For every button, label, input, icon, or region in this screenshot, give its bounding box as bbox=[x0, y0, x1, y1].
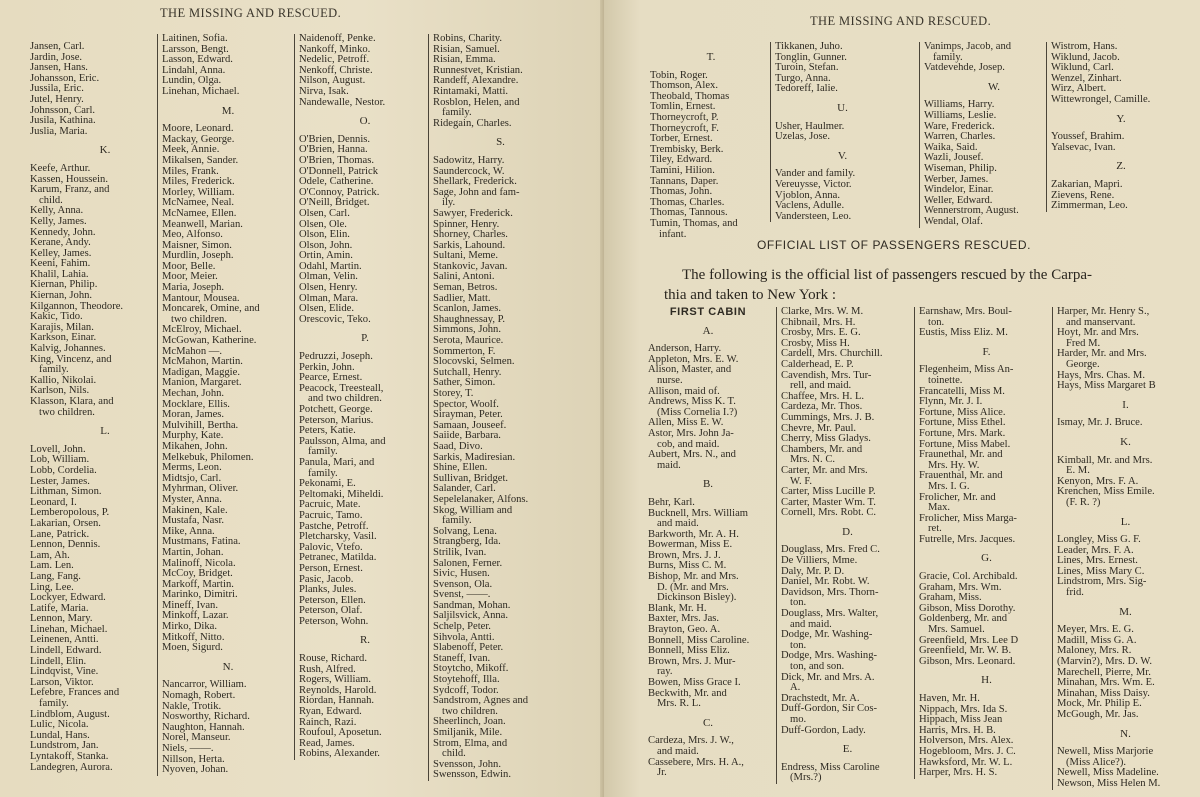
name-entry: Wittewrongel, Camille. bbox=[1051, 95, 1191, 106]
name-entry: Tamini, Hilion. bbox=[650, 166, 772, 177]
section-letter: C. bbox=[648, 718, 768, 729]
section-letter: A. bbox=[648, 326, 768, 337]
entry-text: Tumin, Thomas, and bbox=[650, 219, 772, 230]
missing-column-4: Robins, Charity.Risian, Samuel.Risian, E… bbox=[428, 34, 568, 781]
name-entry: Strilik, Ivan. bbox=[433, 548, 568, 559]
entry-text: Potchett, George. bbox=[299, 405, 431, 416]
entry-text: Smiljanik, Mile. bbox=[433, 728, 568, 739]
entry-continuation: infant. bbox=[650, 230, 772, 241]
section-letter: E. bbox=[781, 744, 914, 755]
entry-text: Sawyer, Frederick. bbox=[433, 209, 568, 220]
name-entry: Sepelelanaker, Alfons. bbox=[433, 495, 568, 506]
entry-text: Wendal, Olaf. bbox=[924, 217, 1064, 228]
name-entry: Aubert, Mrs. N., andmaid. bbox=[648, 450, 768, 471]
name-entry: Peterson, Wohn. bbox=[299, 617, 431, 628]
name-entry: Smiljanik, Mile. bbox=[433, 728, 568, 739]
name-entry: Olsen, Carl. bbox=[299, 209, 431, 220]
entry-text: Nyoven, Johan. bbox=[162, 765, 294, 776]
name-entry: Andrews, Miss K. T.(Miss Cornelia I.?) bbox=[648, 397, 768, 418]
name-entry: Orescovic, Teko. bbox=[299, 315, 431, 326]
section-letter: F. bbox=[919, 347, 1054, 358]
name-entry: Dodge, Mr. Washing-ton. bbox=[781, 630, 914, 651]
name-entry: Nirva, Isak. bbox=[299, 87, 431, 98]
entry-continuation: nurse. bbox=[648, 376, 768, 387]
entry-text: Wittewrongel, Camille. bbox=[1051, 95, 1191, 106]
intro-line-1: The following is the official list of pa… bbox=[672, 265, 1192, 285]
name-entry: Frolicher, Miss Marga-ret. bbox=[919, 514, 1054, 535]
name-entry: Panula, Mari, andfamily. bbox=[299, 458, 431, 479]
entry-text: Harper, Mr. Henry S., bbox=[1057, 307, 1194, 318]
entry-text: Eustis, Miss Eliz. M. bbox=[919, 328, 1054, 339]
name-entry: Cornell, Mrs. Robt. C. bbox=[781, 508, 914, 519]
name-entry: Sadowitz, Harry. bbox=[433, 156, 568, 167]
section-letter: M. bbox=[162, 106, 294, 117]
name-entry: Cardeza, Mrs. J. W.,and maid. bbox=[648, 736, 768, 757]
name-entry: Dick, Mr. and Mrs. A.A. bbox=[781, 673, 914, 694]
name-entry: Earnshaw, Mrs. Boul-ton. bbox=[919, 307, 1054, 328]
name-entry: Potchett, George. bbox=[299, 405, 431, 416]
entry-text: Sepelelanaker, Alfons. bbox=[433, 495, 568, 506]
entry-text: Saad, Divo. bbox=[433, 442, 568, 453]
name-entry: Uzelas, Jose. bbox=[775, 132, 910, 143]
entry-text: Vatdevehde, Josep. bbox=[924, 63, 1064, 74]
name-entry: Zakarian, Mapri. bbox=[1051, 180, 1191, 191]
section-letter: T. bbox=[650, 52, 772, 63]
name-entry: Newson, Miss Helen M. bbox=[1057, 779, 1194, 790]
entry-text: Wistrom, Hans. bbox=[1051, 42, 1191, 53]
entry-continuation: and maid. bbox=[648, 747, 768, 758]
name-entry: Vanimps, Jacob, andfamily. bbox=[924, 42, 1064, 63]
entry-text: Cornell, Mrs. Robt. C. bbox=[781, 508, 914, 519]
name-entry: Robins, Alexander. bbox=[299, 749, 431, 760]
name-entry: Calderhead, E. P. bbox=[781, 360, 914, 371]
missing-column-2: Laitinen, Sofia.Larsson, Bengt.Lasson, E… bbox=[157, 34, 294, 776]
name-entry: McGough, Mr. Jas. bbox=[1057, 710, 1194, 721]
name-entry: Lindstrom, Mrs. Sig-frid. bbox=[1057, 577, 1194, 598]
entry-text: Behr, Karl. bbox=[648, 498, 768, 509]
name-entry: Bowen, Miss Grace I. bbox=[648, 678, 768, 689]
name-entry: O'Brien, Thomas. bbox=[299, 156, 431, 167]
name-entry: Thorneycroft, P. bbox=[650, 113, 772, 124]
entry-text: Carter, Mr. and Mrs. bbox=[781, 466, 914, 477]
left-page: THE MISSING AND RESCUED. Jansen, Carl.Ja… bbox=[0, 0, 604, 797]
entry-text: Calderhead, E. P. bbox=[781, 360, 914, 371]
name-entry: Flegenheim, Miss An-toinette. bbox=[919, 365, 1054, 386]
name-entry: Tikkanen, Juho. bbox=[775, 42, 910, 53]
name-entry: Haven, Mr. H. bbox=[919, 694, 1054, 705]
entry-text: Zimmerman, Leo. bbox=[1051, 201, 1191, 212]
section-letter: U. bbox=[775, 103, 910, 114]
entry-text: Vandersteen, Leo. bbox=[775, 212, 910, 223]
name-entry: Ismay, Mr. J. Bruce. bbox=[1057, 418, 1194, 429]
rescued-column-4: Harper, Mr. Henry S.,and manservant.Hoyt… bbox=[1052, 307, 1194, 790]
section-letter: D. bbox=[781, 527, 914, 538]
name-entry: Astor, Mrs. John Ja-cob, and maid. bbox=[648, 429, 768, 450]
name-entry: Laitinen, Sofia. bbox=[162, 34, 294, 45]
section-letter: W. bbox=[924, 82, 1064, 93]
running-head-right: THE MISSING AND RESCUED. bbox=[810, 14, 991, 29]
section-letter: V. bbox=[775, 151, 910, 162]
entry-text: Nandewalle, Nestor. bbox=[299, 98, 431, 109]
name-entry: Peacock, Treesteall,and two children. bbox=[299, 384, 431, 405]
name-entry: Myster, Anna. bbox=[162, 495, 294, 506]
entry-text: Vereuysse, Victor. bbox=[775, 180, 910, 191]
name-entry: Carter, Mr. and Mrs.W. F. bbox=[781, 466, 914, 487]
name-entry: Beckwith, Mr. andMrs. R. L. bbox=[648, 689, 768, 710]
entry-text: Laitinen, Sofia. bbox=[162, 34, 294, 45]
entry-continuation: mo. bbox=[781, 715, 914, 726]
section-letter: B. bbox=[648, 479, 768, 490]
name-entry: Hogebloom, Mrs. J. C. bbox=[919, 747, 1054, 758]
name-entry: Clarke, Mrs. W. M. bbox=[781, 307, 914, 318]
entry-text: McGough, Mr. Jas. bbox=[1057, 710, 1194, 721]
entry-text: McNamee, Ellen. bbox=[162, 209, 294, 220]
name-entry: Davidson, Mrs. Thorn-ton. bbox=[781, 588, 914, 609]
name-entry: Harper, Mr. Henry S.,and manservant. bbox=[1057, 307, 1194, 328]
section-letter: N. bbox=[1057, 729, 1194, 740]
name-entry: Duff-Gordon, Lady. bbox=[781, 726, 914, 737]
entry-text: Dick, Mr. and Mrs. A. bbox=[781, 673, 914, 684]
name-entry: Behr, Karl. bbox=[648, 498, 768, 509]
section-letter: Z. bbox=[1051, 161, 1191, 172]
name-entry: Harder, Mr. and Mrs.George. bbox=[1057, 349, 1194, 370]
rescued-column-1: FIRST CABIN A.Anderson, Harry.Appleton, … bbox=[648, 305, 768, 779]
entry-text: Hays, Miss Margaret B bbox=[1057, 381, 1194, 392]
entry-text: Ismay, Mr. J. Bruce. bbox=[1057, 418, 1194, 429]
name-entry: Mikalsen, Sander. bbox=[162, 156, 294, 167]
official-list-title: OFFICIAL LIST OF PASSENGERS RESCUED. bbox=[757, 238, 1031, 252]
name-entry: Sandstrom, Agnes andtwo children. bbox=[433, 696, 568, 717]
name-entry: Nyoven, Johan. bbox=[162, 765, 294, 776]
entry-continuation: ton, and son. bbox=[781, 662, 914, 673]
section-letter: I. bbox=[1057, 400, 1194, 411]
name-entry: Skog, William andfamily. bbox=[433, 506, 568, 527]
entry-continuation: toinette. bbox=[919, 376, 1054, 387]
entry-text: Orescovic, Teko. bbox=[299, 315, 431, 326]
name-entry: Hoyt, Mr. and Mrs.Fred M. bbox=[1057, 328, 1194, 349]
name-entry: Tumin, Thomas, andinfant. bbox=[650, 219, 772, 240]
name-entry: Dodge, Mrs. Washing-ton, and son. bbox=[781, 651, 914, 672]
entry-continuation: Mrs. R. L. bbox=[648, 699, 768, 710]
entry-text: Mechan, John. bbox=[162, 389, 294, 400]
entry-text: Myster, Anna. bbox=[162, 495, 294, 506]
name-entry: Vereuysse, Victor. bbox=[775, 180, 910, 191]
name-entry: Williams, Leslie. bbox=[924, 111, 1064, 122]
missing-column-w-z: Wistrom, Hans.Wiklund, Jacob.Wiklund, Ca… bbox=[1046, 42, 1191, 212]
missing-column-3: Naidenoff, Penke.Nankoff, Minko.Nedelic,… bbox=[294, 34, 431, 760]
entry-text: Earnshaw, Mrs. Boul- bbox=[919, 307, 1054, 318]
name-entry: Tedoreff, Ialie. bbox=[775, 84, 910, 95]
name-entry: Goldenberg, Mr. andMrs. Samuel. bbox=[919, 614, 1054, 635]
entry-text: Futrelle, Mrs. Jacques. bbox=[919, 535, 1054, 546]
name-entry: Rintamaki, Matti. bbox=[433, 87, 568, 98]
name-entry: Bucknell, Mrs. Williamand maid. bbox=[648, 509, 768, 530]
entry-text: Niels, ——. bbox=[162, 744, 294, 755]
entry-continuation: (F. R. ?) bbox=[1057, 498, 1194, 509]
entry-text: Cummings, Mrs. J. B. bbox=[781, 413, 914, 424]
entry-continuation: (Mrs.?) bbox=[781, 773, 914, 784]
name-entry: Yalsevac, Ivan. bbox=[1051, 143, 1191, 154]
missing-column-u-v: Tikkanen, Juho.Tonglin, Gunner.Turoin, S… bbox=[770, 42, 910, 222]
entry-text: Bowen, Miss Grace I. bbox=[648, 678, 768, 689]
entry-text: Hogebloom, Mrs. J. C. bbox=[919, 747, 1054, 758]
name-entry: Fraunethal, Mr. andMrs. Hy. W. bbox=[919, 450, 1054, 471]
entry-text: Naidenoff, Penke. bbox=[299, 34, 431, 45]
name-entry: Duff-Gordon, Sir Cos-mo. bbox=[781, 704, 914, 725]
rescued-column-3: Earnshaw, Mrs. Boul-ton.Eustis, Miss Eli… bbox=[914, 307, 1054, 779]
entry-text: Martin, Johan. bbox=[162, 548, 294, 559]
name-entry: Wendal, Olaf. bbox=[924, 217, 1064, 228]
name-entry: Gibson, Mrs. Leonard. bbox=[919, 657, 1054, 668]
running-head-left: THE MISSING AND RESCUED. bbox=[160, 6, 341, 21]
missing-column-v-w: Vanimps, Jacob, andfamily.Vatdevehde, Jo… bbox=[919, 42, 1064, 228]
name-entry: Frauenthal, Mr. andMrs. I. G. bbox=[919, 471, 1054, 492]
name-entry: Cummings, Mrs. J. B. bbox=[781, 413, 914, 424]
entry-text: Robins, Charity. bbox=[433, 34, 568, 45]
entry-text: Thorneycroft, P. bbox=[650, 113, 772, 124]
section-letter: K. bbox=[1057, 437, 1194, 448]
name-entry: Person, Ernest. bbox=[299, 564, 431, 575]
entry-text: Storey, T. bbox=[433, 389, 568, 400]
missing-column-t: T.Tobin, Roger.Thomson, Alex.Theobald, T… bbox=[650, 44, 772, 240]
name-entry: Futrelle, Mrs. Jacques. bbox=[919, 535, 1054, 546]
entry-text: Vanimps, Jacob, and bbox=[924, 42, 1064, 53]
name-entry: Wiseman, Philip. bbox=[924, 164, 1064, 175]
name-entry: Storey, T. bbox=[433, 389, 568, 400]
name-entry: Vatdevehde, Josep. bbox=[924, 63, 1064, 74]
section-letter: O. bbox=[299, 116, 431, 127]
entry-text: Harper, Mrs. H. S. bbox=[919, 768, 1054, 779]
entry-text: Panula, Mari, and bbox=[299, 458, 431, 469]
name-entry: Moncarek, Omine, andtwo children. bbox=[162, 304, 294, 325]
name-entry: Alison, Master, andnurse. bbox=[648, 365, 768, 386]
name-entry: Sawyer, Frederick. bbox=[433, 209, 568, 220]
entry-text: Astor, Mrs. John Ja- bbox=[648, 429, 768, 440]
name-entry: Saad, Divo. bbox=[433, 442, 568, 453]
name-entry: Harper, Mrs. H. S. bbox=[919, 768, 1054, 779]
name-entry: Mechan, John. bbox=[162, 389, 294, 400]
entry-text: Moen, Sigurd. bbox=[162, 643, 294, 654]
name-entry: Krenchen, Miss Emile.(F. R. ?) bbox=[1057, 487, 1194, 508]
name-entry: Eustis, Miss Eliz. M. bbox=[919, 328, 1054, 339]
name-entry: Brown, Mrs. J. Mur-ray. bbox=[648, 657, 768, 678]
entry-continuation: Jr. bbox=[648, 768, 768, 779]
name-entry: Sage, John and fam-ily. bbox=[433, 188, 568, 209]
entry-text: Pacruic, Tamo. bbox=[299, 511, 431, 522]
entry-text: Duff-Gordon, Lady. bbox=[781, 726, 914, 737]
entry-text: Peterson, Wohn. bbox=[299, 617, 431, 628]
entry-text: Olsen, Carl. bbox=[299, 209, 431, 220]
entry-text: Ridegain, Charles. bbox=[433, 119, 568, 130]
entry-text: Zakarian, Mapri. bbox=[1051, 180, 1191, 191]
section-letter: S. bbox=[433, 137, 568, 148]
name-entry: Fortune, Mrs. Mark. bbox=[919, 429, 1054, 440]
section-letter: N. bbox=[162, 662, 294, 673]
section-letter: R. bbox=[299, 635, 431, 646]
name-entry: Bishop, Mr. and Mrs.D. (Mr. and Mrs.Dick… bbox=[648, 572, 768, 604]
name-entry: Douglass, Mrs. Walter,and maid. bbox=[781, 609, 914, 630]
entry-text: Strilik, Ivan. bbox=[433, 548, 568, 559]
intro-line-2: thia and taken to New York : bbox=[664, 285, 1192, 305]
entry-continuation: George. bbox=[1057, 360, 1194, 371]
entry-text: Wiseman, Philip. bbox=[924, 164, 1064, 175]
entry-text: Tamini, Hilion. bbox=[650, 166, 772, 177]
section-letter: L. bbox=[1057, 517, 1194, 528]
first-cabin-label: FIRST CABIN bbox=[648, 307, 768, 318]
entry-text: Linehan, Michael. bbox=[162, 87, 294, 98]
entry-text: Robins, Alexander. bbox=[299, 749, 431, 760]
name-entry: Endress, Miss Caroline(Mrs.?) bbox=[781, 763, 914, 784]
entry-text: Rintamaki, Matti. bbox=[433, 87, 568, 98]
entry-text: Fortune, Mrs. Mark. bbox=[919, 429, 1054, 440]
name-entry: Linehan, Michael. bbox=[162, 87, 294, 98]
entry-text: Mikahen, John. bbox=[162, 442, 294, 453]
section-letter: P. bbox=[299, 333, 431, 344]
entry-text: Haven, Mr. H. bbox=[919, 694, 1054, 705]
official-list-intro: The following is the official list of pa… bbox=[672, 265, 1192, 305]
name-entry: Pacruic, Tamo. bbox=[299, 511, 431, 522]
entry-text: Tikkanen, Juho. bbox=[775, 42, 910, 53]
entry-text: Williams, Leslie. bbox=[924, 111, 1064, 122]
entry-text: Uzelas, Jose. bbox=[775, 132, 910, 143]
entry-text: Newson, Miss Helen M. bbox=[1057, 779, 1194, 790]
section-letter: M. bbox=[1057, 607, 1194, 618]
entry-text: Gibson, Mrs. Leonard. bbox=[919, 657, 1054, 668]
name-entry: Niels, ——. bbox=[162, 744, 294, 755]
name-entry: Paulsson, Alma, andfamily. bbox=[299, 437, 431, 458]
entry-text: Clarke, Mrs. W. M. bbox=[781, 307, 914, 318]
name-entry: Zimmerman, Leo. bbox=[1051, 201, 1191, 212]
name-entry: Chambers, Mr. andMrs. N. C. bbox=[781, 445, 914, 466]
name-entry: Martin, Johan. bbox=[162, 548, 294, 559]
name-entry: Rosblon, Helen, andfamily. bbox=[433, 98, 568, 119]
name-entry: Swensson, Edwin. bbox=[433, 770, 568, 781]
entry-text: Mikalsen, Sander. bbox=[162, 156, 294, 167]
section-letter: H. bbox=[919, 675, 1054, 686]
name-entry: Wistrom, Hans. bbox=[1051, 42, 1191, 53]
entry-text: Nirva, Isak. bbox=[299, 87, 431, 98]
name-entry: Cassebere, Mrs. H. A.,Jr. bbox=[648, 758, 768, 779]
name-entry: Hays, Miss Margaret B bbox=[1057, 381, 1194, 392]
name-entry: Mikahen, John. bbox=[162, 442, 294, 453]
entry-text: Swensson, Edwin. bbox=[433, 770, 568, 781]
name-entry: Frolicher, Mr. andMax. bbox=[919, 493, 1054, 514]
entry-continuation: Mrs. I. G. bbox=[919, 482, 1054, 493]
name-entry: Newell, Miss Marjorie(Miss Alice?). bbox=[1057, 747, 1194, 768]
entry-continuation: maid. bbox=[648, 461, 768, 472]
name-entry: Strom, Elma, andchild. bbox=[433, 739, 568, 760]
entry-text: Person, Ernest. bbox=[299, 564, 431, 575]
entry-text: Sadowitz, Harry. bbox=[433, 156, 568, 167]
entry-text: O'Brien, Thomas. bbox=[299, 156, 431, 167]
name-entry: Naidenoff, Penke. bbox=[299, 34, 431, 45]
entry-continuation: frid. bbox=[1057, 588, 1194, 599]
entry-text: Tedoreff, Ialie. bbox=[775, 84, 910, 95]
name-entry: Moen, Sigurd. bbox=[162, 643, 294, 654]
rescued-column-2: Clarke, Mrs. W. M.Chibnail, Mrs. H.Crosb… bbox=[776, 307, 914, 784]
section-letter: G. bbox=[919, 553, 1054, 564]
name-entry: Nandewalle, Nestor. bbox=[299, 98, 431, 109]
name-entry: Robins, Charity. bbox=[433, 34, 568, 45]
name-entry: Vandersteen, Leo. bbox=[775, 212, 910, 223]
name-entry: Cavendish, Mrs. Tur-rell, and maid. bbox=[781, 371, 914, 392]
name-entry: Kimball, Mr. and Mrs.E. M. bbox=[1057, 456, 1194, 477]
name-entry: Ridegain, Charles. bbox=[433, 119, 568, 130]
name-entry: McNamee, Ellen. bbox=[162, 209, 294, 220]
entry-text: Yalsevac, Ivan. bbox=[1051, 143, 1191, 154]
section-letter: Y. bbox=[1051, 114, 1191, 125]
